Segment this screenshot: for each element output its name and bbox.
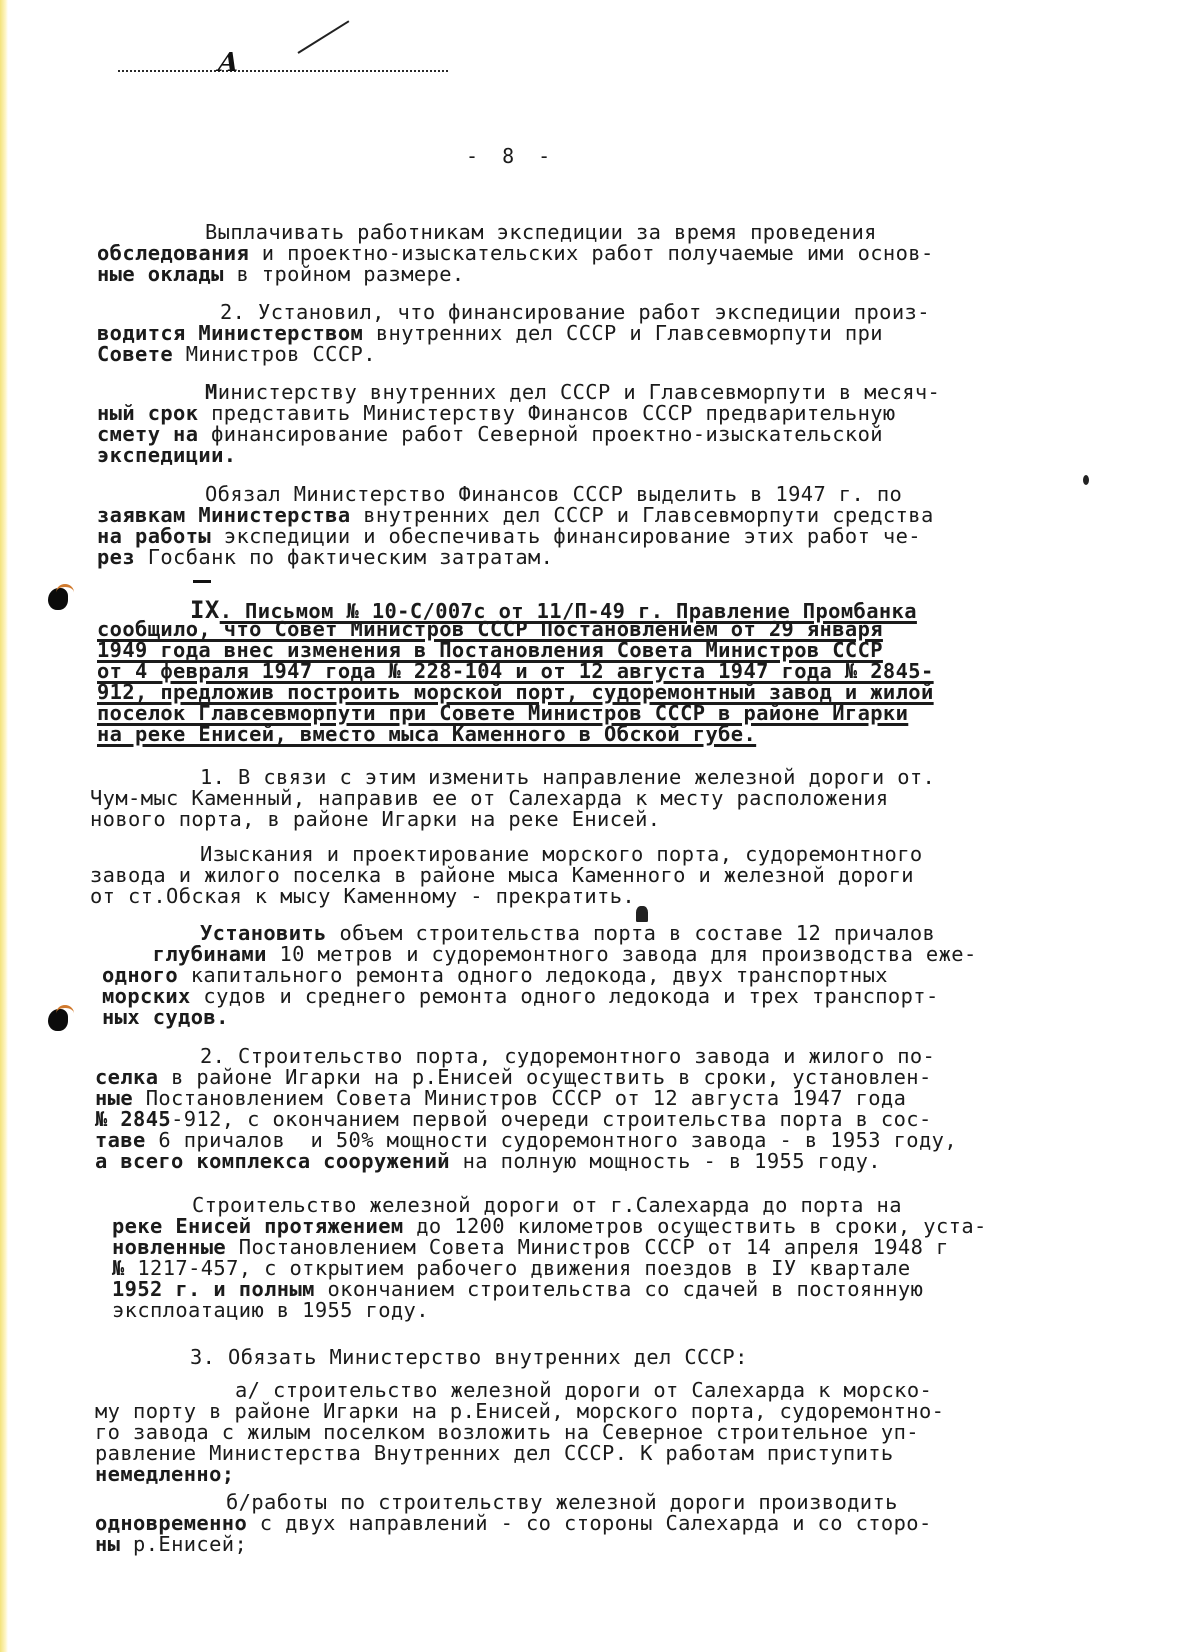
text-line: на работы экспедиции и обеспечивать фина…	[97, 526, 921, 546]
text-line: сообщило, что Совет Министров СССР Поста…	[97, 619, 883, 639]
margin-speck	[1083, 475, 1089, 485]
paper-edge	[0, 0, 8, 1652]
ink-blot-mark	[44, 582, 74, 612]
text-line: от 4 февраля 1947 года № 228-104 и от 12…	[97, 661, 934, 681]
handwritten-initial: A	[214, 48, 242, 78]
text-line: 1952 г. и полным окончанием строительств…	[112, 1279, 923, 1299]
text-line: ный срок представить Министерству Финанс…	[97, 403, 896, 423]
text-line: Министерству внутренних дел СССР и Главс…	[205, 382, 940, 402]
text-line: 1949 года внес изменения в Постановления…	[97, 640, 883, 660]
text-line: одного капитального ремонта одного ледок…	[102, 965, 888, 985]
text-line: ны р.Енисей;	[95, 1534, 247, 1554]
text-line: му порту в районе Игарки на р.Енисей, мо…	[95, 1401, 944, 1421]
text-line: б/работы по строительству железной дорог…	[226, 1492, 898, 1512]
text-line: экспедиции.	[97, 445, 236, 465]
section-mark-bar	[193, 580, 211, 583]
page-number: - 8 -	[466, 144, 556, 168]
text-line: рез Госбанк по фактическим затратам.	[97, 547, 553, 567]
ink-blot-mark	[44, 1003, 74, 1033]
text-line: глубинами 10 метров и судоремонтного зав…	[140, 944, 977, 964]
text-line: на реке Енисей, вместо мыса Каменного в …	[97, 724, 756, 744]
text-line: равление Министерства Внутренних дел ССС…	[95, 1443, 894, 1463]
text-line: нового порта, в районе Игарки на реке Ен…	[90, 809, 660, 829]
text-line: 3. Обязать Министерство внутренних дел С…	[190, 1347, 748, 1367]
text-line: 912, предложив построить морской порт, с…	[97, 682, 934, 702]
text-line: ные оклады в тройном размере.	[97, 264, 465, 284]
ink-drop	[636, 906, 648, 922]
text-line: Строительство железной дороги от г.Салех…	[192, 1195, 902, 1215]
text-line: 2. Установил, что финансирование работ э…	[220, 302, 930, 322]
text-line: Совете Министров СССР.	[97, 344, 376, 364]
text-line: № 2845-912, с окончанием первой очереди …	[95, 1109, 932, 1129]
text-line: го завода с жилым поселком возложить на …	[95, 1422, 919, 1442]
text-line: от ст.Обская к мысу Каменному - прекрати…	[90, 886, 635, 906]
text-line: одновременно с двух направлений - со сто…	[95, 1513, 932, 1533]
text-line: Чум-мыс Каменный, направив ее от Салехар…	[90, 788, 889, 808]
text-line: смету на финансирование работ Северной п…	[97, 424, 883, 444]
pen-stroke	[297, 20, 349, 53]
text-line: Изыскания и проектирование морского порт…	[200, 844, 923, 864]
text-line: Выплачивать работникам экспедиции за вре…	[205, 222, 877, 242]
text-line: новленные Постановлением Совета Министро…	[112, 1237, 949, 1257]
text-line: эксплоатацию в 1955 году.	[112, 1300, 429, 1320]
text-line: а/ строительство железной дороги от Сале…	[235, 1380, 932, 1400]
text-line: Обязал Министерство Финансов СССР выдели…	[205, 484, 902, 504]
text-line: обследования и проектно-изыскательских р…	[97, 243, 934, 263]
text-line: Установить объем строительства порта в с…	[200, 923, 935, 943]
text-line: селка в районе Игарки на р.Енисей осущес…	[95, 1067, 932, 1087]
text-line: заявкам Министерства внутренних дел СССР…	[97, 505, 934, 525]
text-line: реке Енисей протяжением до 1200 километр…	[112, 1216, 987, 1236]
text-line: немедленно;	[95, 1464, 234, 1484]
text-line: завода и жилого поселка в районе мыса Ка…	[90, 865, 914, 885]
text-line: а всего комплекса сооружений на полную м…	[95, 1151, 881, 1171]
text-line: ных судов.	[102, 1007, 229, 1027]
text-line: таве 6 причалов и 50% мощности судоремон…	[95, 1130, 957, 1150]
text-line: водится Министерством внутренних дел ССС…	[97, 323, 883, 343]
document-page: A - 8 - Выплачивать работникам экспедици…	[0, 0, 1200, 1652]
dotted-line	[118, 70, 448, 72]
text-line: 2. Строительство порта, судоремонтного з…	[200, 1046, 935, 1066]
text-line: поселок Главсевморпути при Совете Минист…	[97, 703, 908, 723]
text-line: ные Постановлением Совета Министров СССР…	[95, 1088, 906, 1108]
text-line: морских судов и среднего ремонта одного …	[102, 986, 939, 1006]
text-line: 1. В связи с этим изменить направление ж…	[200, 767, 935, 787]
text-line: № 1217-457, с открытием рабочего движени…	[112, 1258, 911, 1278]
header-signature-mark: A	[118, 62, 478, 70]
